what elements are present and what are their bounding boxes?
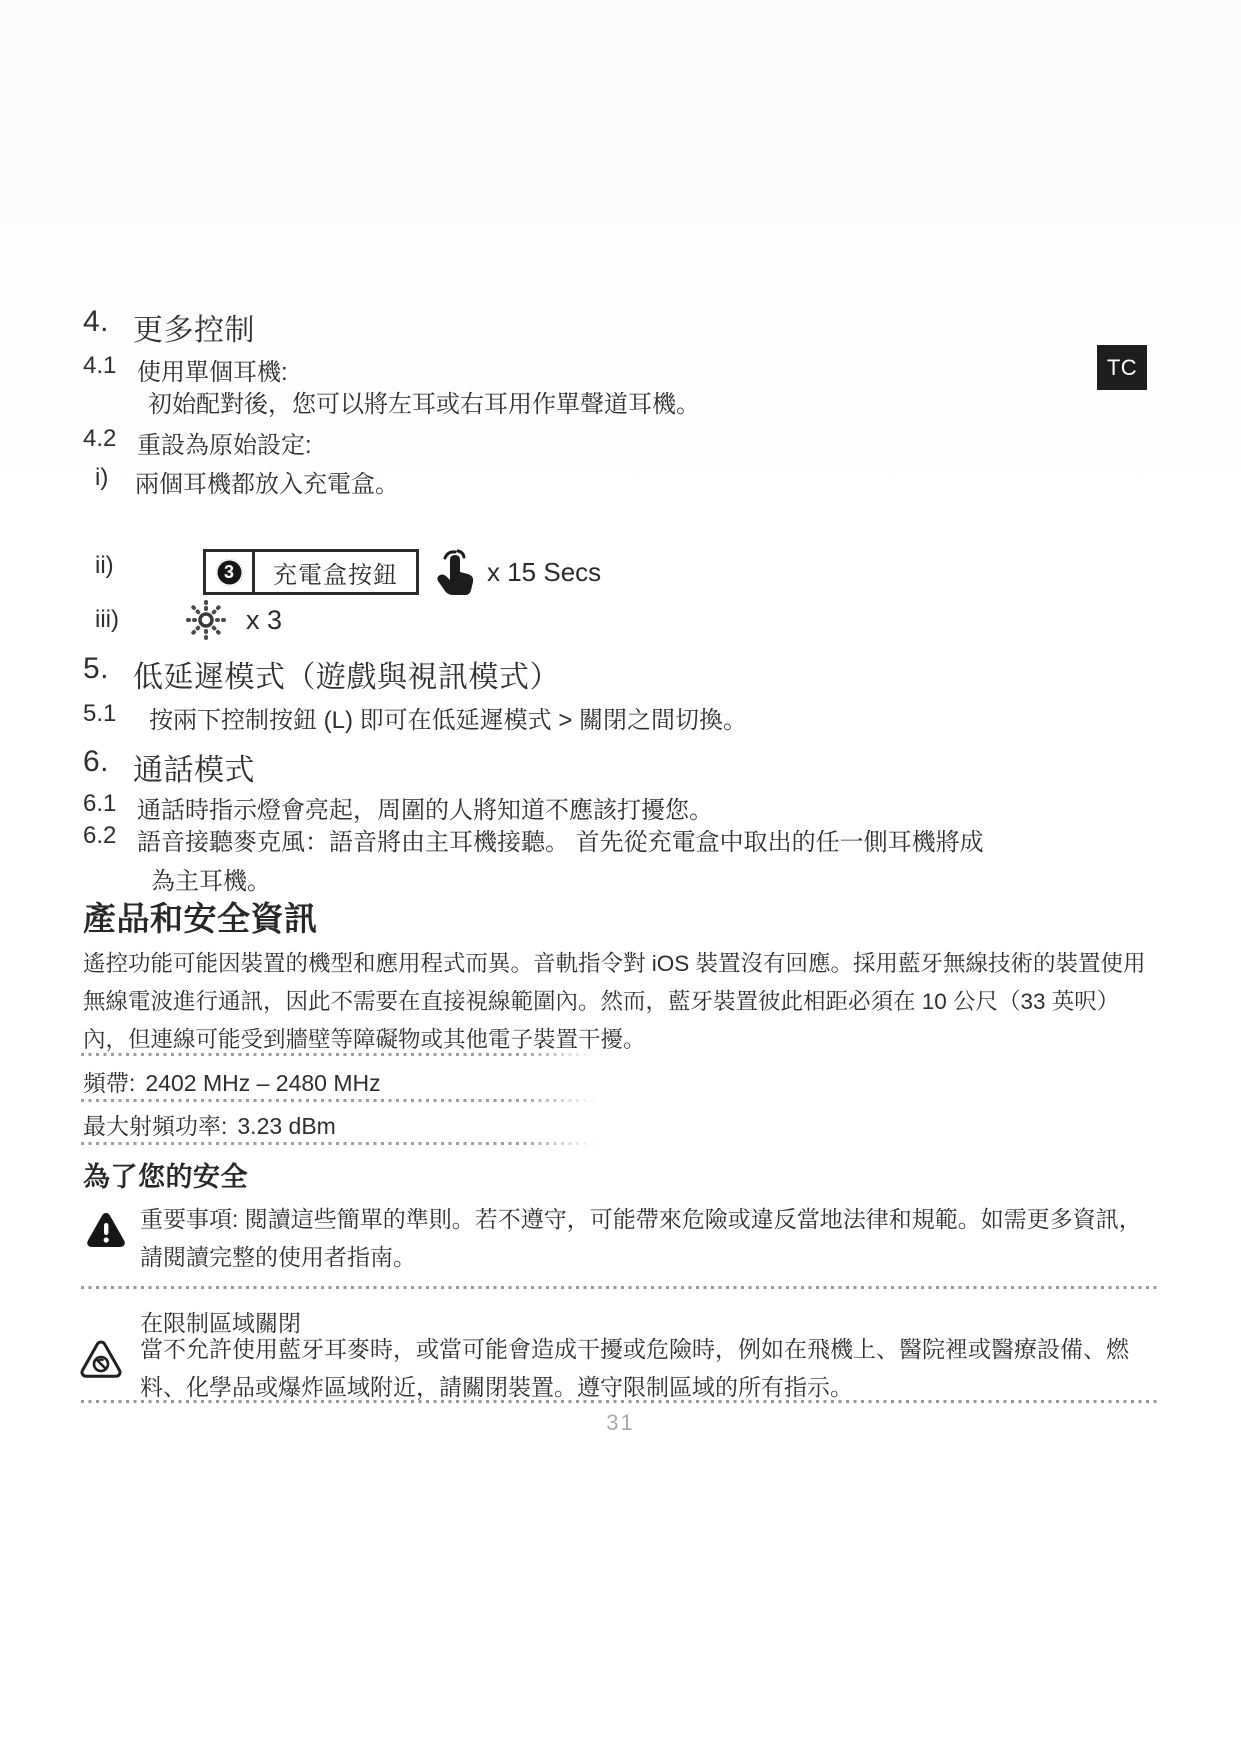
item-6-2-continuation: 為主耳機。 xyxy=(137,861,984,896)
item-5-1-text: 按兩下控制按鈕 (L) 即可在低延遲模式 > 關閉之間切換。 xyxy=(149,700,747,735)
section-4-title: 更多控制 xyxy=(133,305,255,349)
section-4-heading: 4. 更多控制 xyxy=(83,305,255,349)
blink-count-text: x 3 xyxy=(246,605,282,636)
tap-hand-icon xyxy=(433,548,477,596)
section-6-title: 通話模式 xyxy=(133,745,255,789)
section-5-title: 低延遲模式（遊戲與視訊模式） xyxy=(133,652,560,696)
case-button-label: 充電盒按鈕 xyxy=(255,552,416,592)
page-number: 31 xyxy=(0,1410,1241,1436)
max-rf-power-label: 最大射頻功率: xyxy=(83,1113,227,1139)
language-badge-label: TC xyxy=(1107,355,1137,381)
item-4-2: 4.2 重設為原始設定: xyxy=(83,425,312,460)
step-ii-number: ii) xyxy=(95,552,135,580)
frequency-band-label: 頻帶: xyxy=(83,1070,135,1096)
divider-dotted-1 xyxy=(81,1053,598,1056)
case-button-box: 3 充電盒按鈕 xyxy=(203,549,419,595)
step-ii-content: 3 充電盒按鈕 x 15 Secs xyxy=(203,548,601,596)
divider-dotted-full-1 xyxy=(81,1286,1159,1289)
safety-info-paragraph: 遙控功能可能因裝置的機型和應用程式而異。音軌指令對 iOS 裝置沒有回應。採用藍… xyxy=(83,945,1163,1059)
item-6-1-number: 6.1 xyxy=(83,790,137,825)
divider-dotted-3 xyxy=(81,1142,598,1145)
step-iii-content: x 3 xyxy=(182,596,282,644)
item-4-1-subtext: 初始配對後，您可以將左耳或右耳用作單聲道耳機。 xyxy=(148,384,700,419)
safety-info-title: 產品和安全資訊 xyxy=(83,893,318,940)
step-i-number: i) xyxy=(95,464,135,499)
for-your-safety-title: 為了您的安全 xyxy=(83,1155,248,1194)
item-6-2-number: 6.2 xyxy=(83,822,137,896)
item-6-1: 6.1 通話時指示燈會亮起，周圍的人將知道不應該打擾您。 xyxy=(83,790,713,825)
item-6-2-text: 語音接聽麥克風：語音將由主耳機接聽。 首先從充電盒中取出的任一側耳機將成 xyxy=(137,822,984,857)
step-iii-number-wrap: iii) xyxy=(95,606,135,634)
section-5-number: 5. xyxy=(83,652,133,696)
switch-off-restricted-icon xyxy=(78,1338,124,1382)
step-ii-number-wrap: ii) xyxy=(95,552,135,580)
press-duration-text: x 15 Secs xyxy=(487,557,601,588)
item-6-1-text: 通話時指示燈會亮起，周圍的人將知道不應該打擾您。 xyxy=(137,790,713,825)
frequency-band-row: 頻帶:2402 MHz – 2480 MHz xyxy=(83,1065,381,1098)
item-5-1: 5.1 按兩下控制按鈕 (L) 即可在低延遲模式 > 關閉之間切換。 xyxy=(83,700,747,735)
max-rf-power-value: 3.23 dBm xyxy=(237,1113,335,1139)
item-4-2-text: 重設為原始設定: xyxy=(137,425,312,460)
led-blink-icon xyxy=(182,596,230,644)
step-i-text: 兩個耳機都放入充電盒。 xyxy=(135,464,399,499)
language-badge: TC xyxy=(1097,345,1147,390)
frequency-band-value: 2402 MHz – 2480 MHz xyxy=(145,1070,380,1096)
item-4-1-number: 4.1 xyxy=(83,352,137,387)
divider-dotted-full-2 xyxy=(81,1400,1159,1403)
step-iii-number: iii) xyxy=(95,606,135,634)
section-6-heading: 6. 通話模式 xyxy=(83,745,255,789)
item-6-2: 6.2 語音接聽麥克風：語音將由主耳機接聽。 首先從充電盒中取出的任一側耳機將成… xyxy=(83,822,984,896)
number-3-circle-icon: 3 xyxy=(216,559,243,586)
warning-triangle-icon xyxy=(86,1212,126,1248)
restricted-area-text: 當不允許使用藍牙耳麥時，或當可能會造成干擾或危險時，例如在飛機上、醫院裡或醫療設… xyxy=(140,1330,1148,1406)
max-rf-power-row: 最大射頻功率:3.23 dBm xyxy=(83,1108,336,1141)
important-note-text: 重要事項: 閱讀這些簡單的準則。若不遵守，可能帶來危險或違反當地法律和規範。如需… xyxy=(140,1200,1148,1276)
divider-dotted-2 xyxy=(81,1099,598,1102)
section-4-number: 4. xyxy=(83,305,133,349)
case-button-digit: 3 xyxy=(224,562,234,583)
item-4-2-number: 4.2 xyxy=(83,425,137,460)
item-4-1: 4.1 使用單個耳機: xyxy=(83,352,288,387)
section-5-heading: 5. 低延遲模式（遊戲與視訊模式） xyxy=(83,652,560,696)
manual-page: TC 4. 更多控制 4.1 使用單個耳機: 初始配對後，您可以將左耳或右耳用作… xyxy=(0,0,1241,1754)
item-5-1-number: 5.1 xyxy=(83,700,149,735)
section-6-number: 6. xyxy=(83,745,133,789)
case-button-badge-cell: 3 xyxy=(206,552,255,592)
step-i: i) 兩個耳機都放入充電盒。 xyxy=(95,464,399,499)
item-4-1-text: 使用單個耳機: xyxy=(137,352,288,387)
